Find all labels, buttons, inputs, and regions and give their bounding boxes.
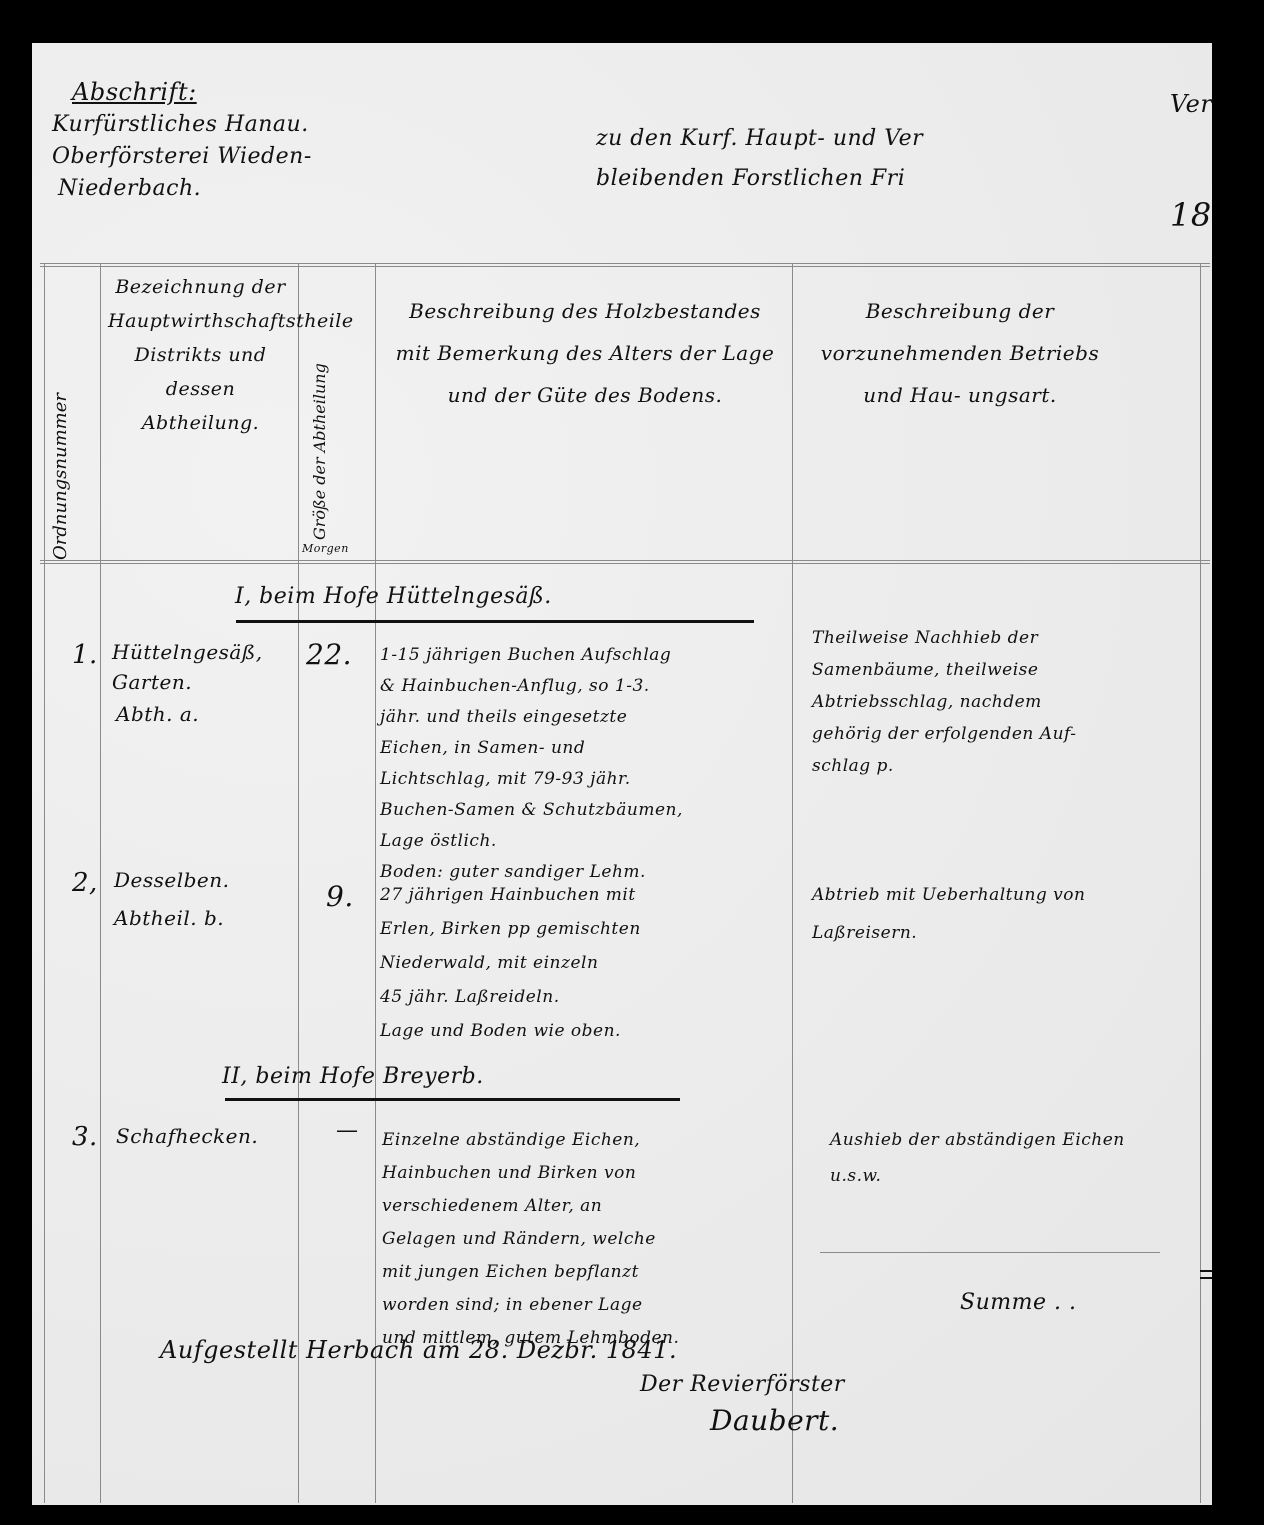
row-description: 1-15 jährigen Buchen Aufschlag & Hainbuc… (380, 640, 683, 888)
column-header-size-unit: Morgen (302, 542, 349, 555)
row-name-line: Schafhecken. (116, 1124, 258, 1148)
document-title: Abschrift: (72, 78, 197, 106)
row-name-line: Desselben. (114, 868, 230, 892)
section-title: II, beim Hofe Breyerb. (222, 1064, 484, 1089)
row-size: 22. (306, 638, 352, 671)
header-corner: Ver (1170, 90, 1212, 118)
office-line-1: Kurfürstliches Hanau. (52, 112, 309, 137)
header-right-line-1: zu den Kurf. Haupt- und Ver (596, 126, 923, 151)
office-line-2: Oberförsterei Wieden- (52, 144, 312, 169)
signer-role: Der Revierförster (640, 1372, 845, 1397)
row-number: 1. (72, 640, 98, 670)
column-header-size: Größe der Abtheilung (310, 363, 329, 540)
column-header-description: Beschreibung des Holzbestandes mit Bemer… (395, 290, 775, 416)
total-label: Summe . . (960, 1290, 1076, 1315)
row-treatment: Theilweise Nachhieb der Samenbäume, thei… (812, 622, 1076, 782)
row-size: — (336, 1118, 359, 1143)
place-date: Aufgestellt Herbach am 28. Dezbr. 1841. (160, 1336, 677, 1364)
row-name-line: Garten. (112, 670, 192, 694)
column-header-number: Ordnungsnummer (50, 393, 71, 560)
office-line-3: Niederbach. (58, 176, 201, 201)
column-header-name: Bezeichnung der Hauptwirthschaftstheile … (108, 270, 293, 440)
row-name-line: Abtheil. b. (114, 906, 224, 930)
row-description: Einzelne abständige Eichen, Hainbuchen u… (382, 1124, 679, 1355)
row-treatment: Aushieb der abständigen Eichen u.s.w. (830, 1122, 1160, 1194)
section-title: I, beim Hofe Hüttelngesäß. (235, 584, 552, 609)
row-number: 2, (72, 868, 98, 898)
header-year: 18 (1170, 196, 1212, 234)
row-number: 3. (72, 1122, 98, 1152)
row-treatment: Abtrieb mit Ueberhaltung von Laßreisern. (812, 876, 1142, 952)
row-name-line: Hüttelngesäß, (112, 640, 263, 664)
column-header-treatment: Beschreibung der vorzunehmenden Betriebs… (810, 290, 1110, 416)
header-right-line-2: bleibenden Forstlichen Fri (596, 166, 905, 191)
row-size: 9. (326, 880, 354, 913)
row-description: 27 jährigen Hainbuchen mit Erlen, Birken… (380, 878, 641, 1048)
row-name-line: Abth. a. (116, 702, 199, 726)
signature: Daubert. (710, 1404, 839, 1437)
